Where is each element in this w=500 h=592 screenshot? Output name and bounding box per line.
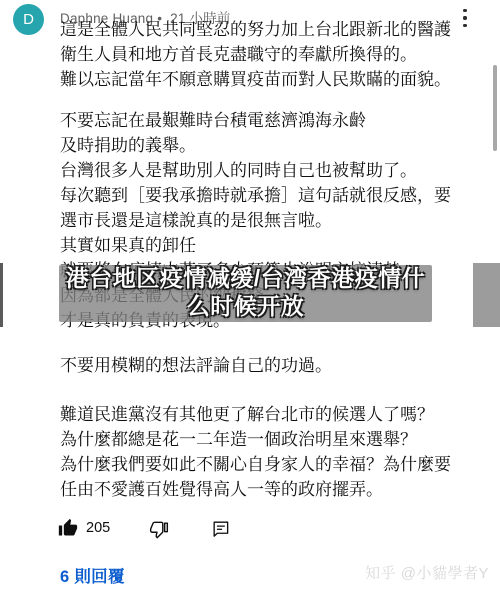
watermark-title-overlay: 港台地区疫情减缓/台湾香港疫情什 么时候开放 [59,265,432,322]
comment-paragraph-3: 不要用模糊的想法評論自己的功過。 [60,353,332,378]
reply-button[interactable] [211,519,230,538]
site-watermark: 知乎 @小貓學者Y [365,562,489,583]
overlay-edge-left [0,263,3,327]
avatar[interactable]: D [13,4,44,35]
overlay-edge-right [473,263,500,327]
overlay-title-text: 港台地区疫情减缓/台湾香港疫情什 么时候开放 [66,264,425,320]
comment-action-bar: 205 [58,517,230,539]
more-options-button[interactable] [458,8,472,28]
comment-paragraph-4: 難道民進黨沒有其他更了解台北市的候選人了嗎？ 為什麼都總是花一二年造一個政治明星… [60,402,451,502]
dislike-button[interactable] [149,520,169,540]
thumbs-down-icon [149,520,169,540]
dot-icon [463,24,466,27]
dot-icon [463,9,466,12]
dot-icon [463,16,466,19]
comment-paragraph-1: 這是全體人民共同堅忍的努力加上台北跟新北的醫護 衛生人員和地方首長克盡職守的奉獻… [60,17,451,92]
scrollbar-thumb[interactable] [493,65,497,151]
replies-toggle[interactable]: 6 則回覆 [60,563,125,587]
thumbs-up-icon [58,518,78,538]
like-button[interactable] [58,518,78,538]
like-count: 205 [86,520,110,536]
comment-bubble-icon [211,519,230,538]
comment-screenshot: D Daphne Huang• 21 小時前 這是全體人民共同堅忍的努力加上台北… [0,0,500,592]
